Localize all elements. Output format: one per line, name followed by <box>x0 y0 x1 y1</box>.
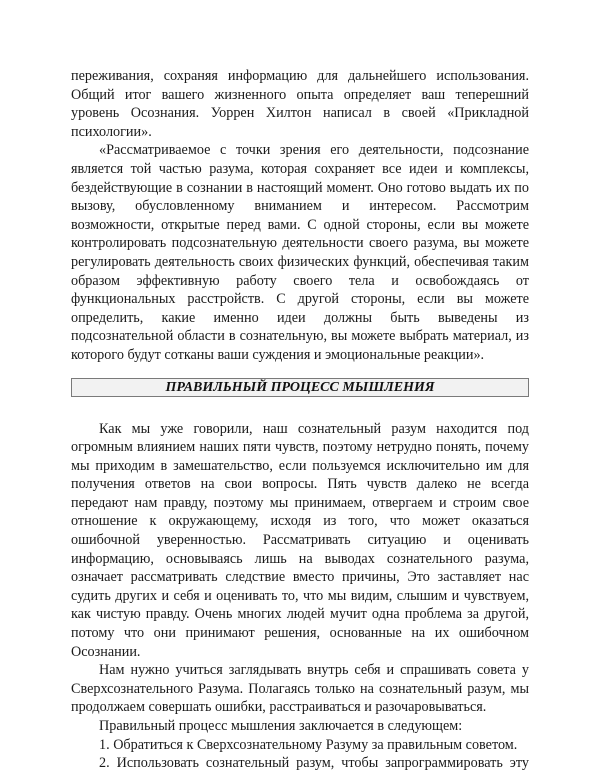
paragraph: Нам нужно учиться заглядывать внутрь себ… <box>71 661 529 717</box>
spacer <box>71 397 529 420</box>
paragraph: Как мы уже говорили, наш сознательный ра… <box>71 420 529 662</box>
paragraph: Правильный процесс мышления заключается … <box>71 717 529 736</box>
paragraph-quote: «Рассматриваемое с точки зрения его деят… <box>71 141 529 364</box>
list-item: 2. Использовать сознательный разум, чтоб… <box>71 754 529 773</box>
paragraph: переживания, сохраняя информацию для дал… <box>71 67 529 141</box>
list-item: 1. Обратиться к Сверхсознательному Разум… <box>71 736 529 755</box>
document-page: переживания, сохраняя информацию для дал… <box>71 67 529 773</box>
section-heading: ПРАВИЛЬНЫЙ ПРОЦЕСС МЫШЛЕНИЯ <box>71 378 529 397</box>
